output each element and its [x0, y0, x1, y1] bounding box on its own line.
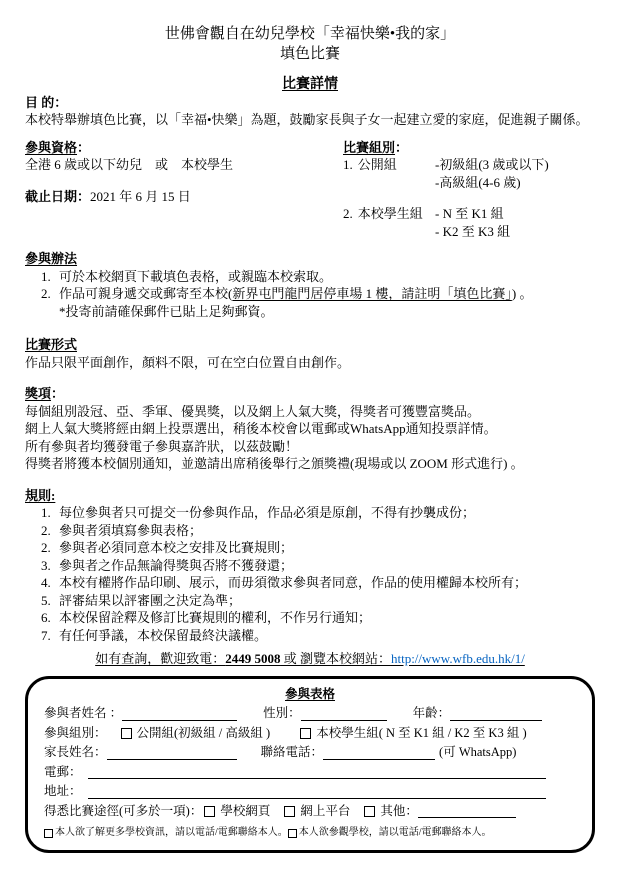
form-row-email: 電郵：: [44, 763, 576, 783]
purpose-body: 本校特舉辦填色比賽，以「幸福•快樂」為題，鼓勵家長與子女一起建立愛的家庭，促進親…: [25, 111, 595, 129]
phone-label: 聯絡電話：: [261, 743, 324, 763]
category-number: 1.: [343, 157, 353, 172]
form-row-group: 參與組別： 公開組(初級組 / 高級組 ) 本校學生組( N 至 K1 組 / …: [44, 724, 576, 744]
gender-label: 性別：: [263, 704, 301, 724]
form-row-parent: 家長姓名： 聯絡電話： (可 WhatsApp): [44, 743, 576, 763]
contact-line: 如有查詢，歡迎致電：2449 5008 或 瀏覽本校網站：http://www.…: [25, 650, 595, 668]
category-item: 1.公開組 -初級組(3 歲或以下) -高級組(4-6 歲): [343, 156, 595, 191]
school-group-option: 本校學生組( N 至 K1 組 / K2 至 K3 組 ): [316, 724, 526, 744]
method-heading: 參與辦法: [25, 250, 595, 268]
title-line-1: 世佛會觀自在幼兒學校「幸福快樂•我的家」: [25, 24, 595, 44]
source-other-label: 其他：: [380, 802, 418, 822]
consent-more-info: 本人欲了解更多學校資訊，請以電話/電郵聯絡本人。: [55, 826, 288, 840]
email-label: 電郵：: [44, 763, 82, 783]
name-label: 參與者姓名 ：: [44, 704, 122, 724]
form-row-consent: 本人欲了解更多學校資訊，請以電話/電郵聯絡本人。 本人欲參觀學校，請以電話/電郵…: [44, 826, 576, 840]
document-title: 世佛會觀自在幼兒學校「幸福快樂•我的家」 填色比賽: [25, 24, 595, 64]
open-group-option: 公開組(初級組 / 高級組 ): [137, 724, 271, 744]
method-section: 參與辦法 1. 可於本校網頁下載填色表格，或親臨本校索取。 2. 作品可親身遞交…: [25, 250, 595, 320]
eligibility-heading: 參與資格：: [25, 139, 343, 157]
school-address: 新界屯門龍門居停車場 1 樓，請註明「填色比賽」: [232, 286, 512, 301]
prizes-section: 獎項： 每個組別設冠、亞、季軍、優異獎，以及網上人氣大獎，得獎者可獲豐富獎品。 …: [25, 385, 595, 473]
source-option-platform: 網上平台: [300, 802, 350, 822]
deadline-label: 截止日期：: [25, 189, 90, 204]
category-name: 本校學生組: [358, 206, 423, 221]
checkbox-school-website[interactable]: [204, 806, 215, 817]
categories-heading: 比賽組別：: [343, 139, 595, 157]
checkbox-school-group[interactable]: [300, 728, 311, 739]
contact-phone-field[interactable]: [323, 746, 435, 760]
category-subgroup: -高級組(4-6 歲): [435, 174, 595, 192]
name-field[interactable]: [122, 707, 237, 721]
checkbox-other[interactable]: [364, 806, 375, 817]
gender-field[interactable]: [301, 707, 387, 721]
email-field[interactable]: [88, 765, 546, 779]
left-column: 參與資格： 全港 6 歲或以下幼兒 或 本校學生 截止日期：2021 年 6 月…: [25, 139, 343, 241]
category-name: 公開組: [358, 157, 397, 172]
form-row-address: 地址：: [44, 782, 576, 802]
postage-note: *投寄前請確保郵件已貼上足夠郵資。: [59, 303, 595, 321]
contact-text: 如有查詢，歡迎致電：: [95, 651, 225, 666]
title-line-2: 填色比賽: [25, 44, 595, 64]
two-column-block: 參與資格： 全港 6 歲或以下幼兒 或 本校學生 截止日期：2021 年 6 月…: [25, 139, 595, 241]
rule-item: 1.每位參與者只可提交一份參與作品，作品必須是原創，不得有抄襲成份；: [25, 504, 595, 522]
category-subgroup: - K2 至 K3 組: [435, 223, 595, 241]
document-page: 世佛會觀自在幼兒學校「幸福快樂•我的家」 填色比賽 比賽詳情 目 的： 本校特舉…: [0, 0, 620, 853]
method-item: 2. 作品可親身遞交或郵寄至本校(新界屯門龍門居停車場 1 樓，請註明「填色比賽…: [25, 285, 595, 303]
category-subgroup: -初級組(3 歲或以下): [435, 156, 595, 174]
source-other-field[interactable]: [418, 804, 516, 818]
form-title: 參與表格: [44, 685, 576, 705]
checkbox-more-info[interactable]: [44, 829, 53, 838]
details-section-title: 比賽詳情: [25, 76, 595, 94]
consent-visit-school: 本人欲參觀學校，請以電話/電郵聯絡本人。: [299, 826, 492, 840]
rule-item: 7.有任何爭議，本校保留最終決議權。: [25, 627, 595, 645]
age-field[interactable]: [450, 707, 542, 721]
rule-item: 3.參與者之作品無論得獎與否將不獲發還；: [25, 557, 595, 575]
source-option-website: 學校網頁: [220, 802, 270, 822]
source-label: 得悉比賽途徑(可多於一項)：: [44, 802, 202, 822]
parent-name-field[interactable]: [107, 746, 237, 760]
age-label: 年齡：: [413, 704, 451, 724]
method-item: 1. 可於本校網頁下載填色表格，或親臨本校索取。: [25, 268, 595, 286]
rules-heading: 規則:: [25, 487, 595, 505]
deadline-value: 2021 年 6 月 15 日: [90, 189, 191, 204]
prizes-line: 網上人氣大獎將經由網上投票選出，稍後本校會以電郵或WhatsApp通知投票詳情。: [25, 420, 595, 438]
category-number: 2.: [343, 206, 353, 221]
form-row-source: 得悉比賽途徑(可多於一項)： 學校網頁 網上平台 其他：: [44, 802, 576, 822]
categories-section: 比賽組別： 1.公開組 -初級組(3 歲或以下) -高級組(4-6 歲) 2.本…: [343, 139, 595, 241]
checkbox-online-platform[interactable]: [284, 806, 295, 817]
rule-item: 2.參與者必須同意本校之安排及比賽規則；: [25, 539, 595, 557]
entry-form: 參與表格 參與者姓名 ： 性別： 年齡： 參與組別： 公開組(初級組 / 高級組…: [25, 676, 595, 854]
purpose-section: 目 的： 本校特舉辦填色比賽，以「幸福•快樂」為題，鼓勵家長與子女一起建立愛的家…: [25, 94, 595, 129]
prizes-line: 每個組別設冠、亞、季軍、優異獎，以及網上人氣大獎，得獎者可獲豐富獎品。: [25, 403, 595, 421]
category-item: 2.本校學生組 - N 至 K1 組 - K2 至 K3 組: [343, 205, 595, 240]
format-section: 比賽形式 作品只限平面創作，顏料不限，可在空白位置自由創作。: [25, 336, 595, 371]
rule-item: 4.本校有權將作品印刷、展示，而毋須徵求參與者同意，作品的使用權歸本校所有；: [25, 574, 595, 592]
parent-name-label: 家長姓名：: [44, 743, 107, 763]
address-label: 地址：: [44, 782, 82, 802]
contact-text: 或 瀏覽本校網站：: [280, 651, 391, 666]
prizes-line: 得獎者將獲本校個別通知，並邀請出席稍後舉行之頒獎禮(現場或以 ZOOM 形式進行…: [25, 455, 595, 473]
format-body: 作品只限平面創作，顏料不限，可在空白位置自由創作。: [25, 354, 595, 372]
category-subgroup: - N 至 K1 組: [435, 205, 595, 223]
group-label: 參與組別：: [44, 724, 107, 744]
format-heading: 比賽形式: [25, 336, 595, 354]
deadline-line: 截止日期：2021 年 6 月 15 日: [25, 188, 343, 206]
prizes-line: 所有參與者均獲發電子參與嘉許狀，以茲鼓勵！: [25, 438, 595, 456]
school-website-link[interactable]: http://www.wfb.edu.hk/1/: [391, 651, 525, 666]
address-field[interactable]: [88, 785, 546, 799]
rule-item: 6.本校保留詮釋及修訂比賽規則的權利，不作另行通知；: [25, 609, 595, 627]
purpose-heading: 目 的：: [25, 94, 595, 112]
rule-item: 2.參與者須填寫參與表格；: [25, 522, 595, 540]
rule-item: 5.評審結果以評審團之決定為準；: [25, 592, 595, 610]
rules-section: 規則: 1.每位參與者只可提交一份參與作品，作品必須是原創，不得有抄襲成份； 2…: [25, 487, 595, 645]
checkbox-visit-school[interactable]: [288, 829, 297, 838]
phone-number: 2449 5008: [225, 651, 280, 666]
eligibility-body: 全港 6 歲或以下幼兒 或 本校學生: [25, 156, 343, 174]
form-row-name: 參與者姓名 ： 性別： 年齡：: [44, 704, 576, 724]
prizes-heading: 獎項：: [25, 385, 595, 403]
checkbox-open-group[interactable]: [121, 728, 132, 739]
whatsapp-note: (可 WhatsApp): [439, 743, 516, 763]
